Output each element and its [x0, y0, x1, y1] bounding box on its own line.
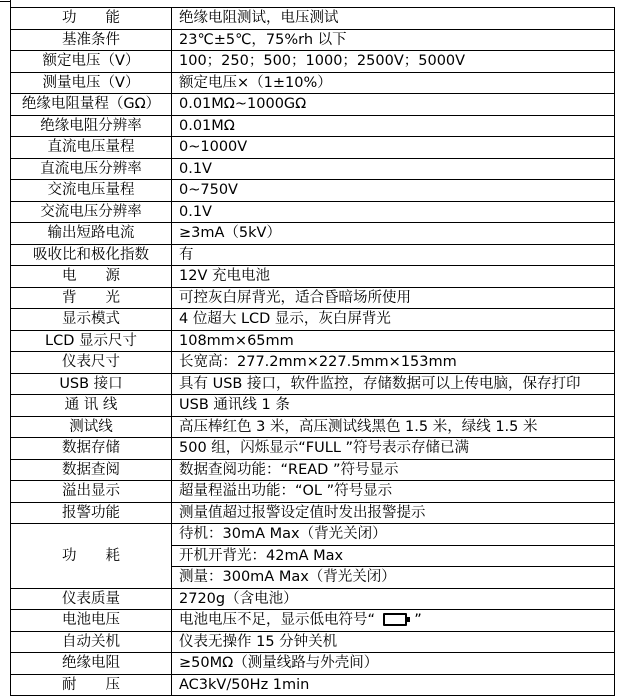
spec-label: 绝缘电阻	[11, 653, 172, 675]
table-row: 数据查阅数据查阅功能：“READ ”符号显示	[11, 459, 615, 481]
spec-label: 基准条件	[11, 29, 172, 51]
spec-sheet-page: 功 能绝缘电阻测试，电压测试基准条件23℃±5℃，75%rh 以下额定电压（V）…	[0, 0, 622, 697]
table-row: 电 源12V 充电电池	[11, 266, 615, 288]
table-row: 直流电压分辨率0.1V	[11, 158, 615, 180]
spec-value: 长宽高：277.2mm×227.5mm×153mm	[172, 352, 615, 374]
spec-label: 通 讯 线	[11, 395, 172, 417]
spec-value: 0.01MΩ	[172, 115, 615, 137]
spec-label: 功 耗	[11, 524, 172, 589]
spec-value: 额定电压×（1±10%）	[172, 72, 615, 94]
table-row: 溢出显示超量程溢出功能：“OL ”符号显示	[11, 481, 615, 503]
table-row: 输出短路电流≥3mA（5kV）	[11, 223, 615, 245]
battery-low-icon	[383, 613, 407, 626]
table-row: USB 接口具有 USB 接口，软件监控，存储数据可以上传电脑，保存打印	[11, 373, 615, 395]
spec-value: 0.1V	[172, 158, 615, 180]
spec-value: 100；250；500；1000；2500V；5000V	[172, 51, 615, 73]
spec-value: ≥50MΩ（测量线路与外壳间）	[172, 653, 615, 675]
table-row: 测量电压（V）额定电压×（1±10%）	[11, 72, 615, 94]
spec-value: 绝缘电阻测试，电压测试	[172, 8, 615, 30]
spec-label: 报警功能	[11, 502, 172, 524]
spec-value: 数据查阅功能：“READ ”符号显示	[172, 459, 615, 481]
spec-value: 仪表无操作 15 分钟关机	[172, 631, 615, 653]
spec-label: USB 接口	[11, 373, 172, 395]
spec-label: 数据查阅	[11, 459, 172, 481]
spec-value: 测量值超过报警设定值时发出报警提示	[172, 502, 615, 524]
table-row: 绝缘电阻量程（GΩ）0.01MΩ~1000GΩ	[11, 94, 615, 116]
spec-value: 0.1V	[172, 201, 615, 223]
spec-label: 吸收比和极化指数	[11, 244, 172, 266]
spec-label: 测试线	[11, 416, 172, 438]
spec-label: 自动关机	[11, 631, 172, 653]
spec-value: 电池电压不足，显示低电符号“ ”	[172, 610, 615, 632]
spec-value: 高压棒红色 3 米，高压测试线黑色 1.5 米，绿线 1.5 米	[172, 416, 615, 438]
table-row: 功 能绝缘电阻测试，电压测试	[11, 8, 615, 30]
spec-label: 交流电压分辨率	[11, 201, 172, 223]
spec-value: 12V 充电电池	[172, 266, 615, 288]
spec-value: 有	[172, 244, 615, 266]
spec-value: 0~750V	[172, 180, 615, 202]
spec-value: 超量程溢出功能：“OL ”符号显示	[172, 481, 615, 503]
table-row: 报警功能测量值超过报警设定值时发出报警提示	[11, 502, 615, 524]
spec-value-text: ”	[410, 612, 422, 628]
spec-label: 直流电压分辨率	[11, 158, 172, 180]
spec-label: 额定电压（V）	[11, 51, 172, 73]
spec-label: 输出短路电流	[11, 223, 172, 245]
spec-label: 数据存储	[11, 438, 172, 460]
table-row: 显示模式4 位超大 LCD 显示，灰白屏背光	[11, 309, 615, 331]
spec-label: 交流电压量程	[11, 180, 172, 202]
spec-label: 直流电压量程	[11, 137, 172, 159]
table-row: 功 耗待机：30mA Max（背光关闭）	[11, 524, 615, 546]
spec-value: 测量：300mA Max（背光关闭）	[172, 567, 615, 589]
spec-value: 4 位超大 LCD 显示，灰白屏背光	[172, 309, 615, 331]
spec-value: 108mm×65mm	[172, 330, 615, 352]
table-row: 背 光可控灰白屏背光，适合昏暗场所使用	[11, 287, 615, 309]
spec-value: 0~1000V	[172, 137, 615, 159]
spec-label: 绝缘电阻分辨率	[11, 115, 172, 137]
table-row: 测试线高压棒红色 3 米，高压测试线黑色 1.5 米，绿线 1.5 米	[11, 416, 615, 438]
table-row: LCD 显示尺寸108mm×65mm	[11, 330, 615, 352]
table-row: 交流电压分辨率0.1V	[11, 201, 615, 223]
table-row: 耐 压AC3kV/50Hz 1min	[11, 674, 615, 696]
spec-label: LCD 显示尺寸	[11, 330, 172, 352]
spec-value: 具有 USB 接口，软件监控，存储数据可以上传电脑，保存打印	[172, 373, 615, 395]
table-row: 自动关机仪表无操作 15 分钟关机	[11, 631, 615, 653]
spec-label: 电池电压	[11, 610, 172, 632]
spec-label: 溢出显示	[11, 481, 172, 503]
table-row: 额定电压（V）100；250；500；1000；2500V；5000V	[11, 51, 615, 73]
table-row: 仪表尺寸长宽高：277.2mm×227.5mm×153mm	[11, 352, 615, 374]
spec-label: 电 源	[11, 266, 172, 288]
table-row: 交流电压量程0~750V	[11, 180, 615, 202]
spec-label: 仪表尺寸	[11, 352, 172, 374]
table-row: 数据存储500 组，闪烁显示“FULL ”符号表示存储已满	[11, 438, 615, 460]
spec-label: 测量电压（V）	[11, 72, 172, 94]
spec-value: 23℃±5℃，75%rh 以下	[172, 29, 615, 51]
spec-value: 可控灰白屏背光，适合昏暗场所使用	[172, 287, 615, 309]
table-row: 电池电压电池电压不足，显示低电符号“ ”	[11, 610, 615, 632]
spec-table: 功 能绝缘电阻测试，电压测试基准条件23℃±5℃，75%rh 以下额定电压（V）…	[10, 7, 615, 696]
spec-value: 500 组，闪烁显示“FULL ”符号表示存储已满	[172, 438, 615, 460]
spec-label: 显示模式	[11, 309, 172, 331]
spec-value-text: 电池电压不足，显示低电符号“	[179, 612, 380, 628]
table-edge-artifact-horizontal	[0, 1, 10, 2]
spec-value: USB 通讯线 1 条	[172, 395, 615, 417]
spec-value: 2720g（含电池）	[172, 588, 615, 610]
spec-value: ≥3mA（5kV）	[172, 223, 615, 245]
table-row: 仪表质量2720g（含电池）	[11, 588, 615, 610]
table-row: 基准条件23℃±5℃，75%rh 以下	[11, 29, 615, 51]
spec-label: 背 光	[11, 287, 172, 309]
spec-label: 绝缘电阻量程（GΩ）	[11, 94, 172, 116]
spec-value: 开机开背光：42mA Max	[172, 545, 615, 567]
spec-table-body: 功 能绝缘电阻测试，电压测试基准条件23℃±5℃，75%rh 以下额定电压（V）…	[11, 8, 615, 696]
table-row: 绝缘电阻分辨率0.01MΩ	[11, 115, 615, 137]
table-row: 吸收比和极化指数有	[11, 244, 615, 266]
spec-value: 0.01MΩ~1000GΩ	[172, 94, 615, 116]
spec-label: 功 能	[11, 8, 172, 30]
spec-label: 耐 压	[11, 674, 172, 696]
spec-label: 仪表质量	[11, 588, 172, 610]
spec-value: AC3kV/50Hz 1min	[172, 674, 615, 696]
table-row: 通 讯 线USB 通讯线 1 条	[11, 395, 615, 417]
table-row: 直流电压量程0~1000V	[11, 137, 615, 159]
table-row: 绝缘电阻≥50MΩ（测量线路与外壳间）	[11, 653, 615, 675]
spec-value: 待机：30mA Max（背光关闭）	[172, 524, 615, 546]
